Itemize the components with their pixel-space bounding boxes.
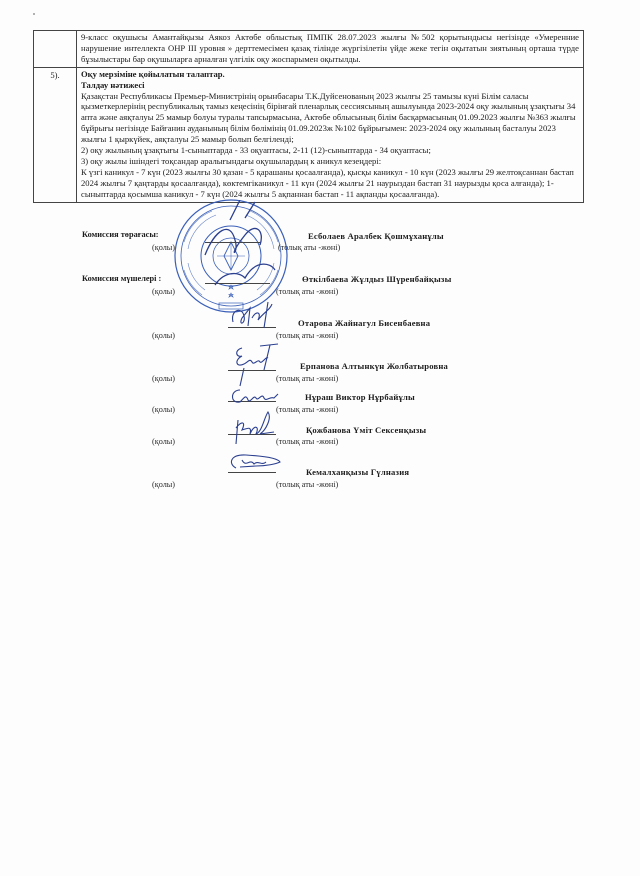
report-table: 9-класс оқушысы Амантайқызы Аякоз Актөбе…: [33, 30, 584, 203]
paragraph: 3) оқу жылы ішіндегі тоқсандар аралығынд…: [81, 156, 579, 167]
paragraph: 2) оқу жылының ұзақтығы 1-сыныптарда - 3…: [81, 145, 579, 156]
signature-icon: [230, 342, 280, 387]
member-name: Кемалханқызы Гүлназия: [306, 467, 409, 477]
member-name: Өткілбаева Жұлдыз Шүренбайқызы: [302, 274, 451, 284]
scan-speck: [33, 13, 35, 15]
signature-hint: (қолы): [152, 374, 175, 383]
section-subheading: Талдау нәтижесі: [81, 80, 579, 91]
member-name: Қожбанова Үміт Сексенқызы: [306, 425, 426, 435]
chair-name: Есболаев Аралбек Қошмұханұлы: [308, 231, 444, 241]
table-row: 9-класс оқушысы Амантайқызы Аякоз Актөбе…: [34, 31, 584, 68]
signature-hint: (қолы): [152, 480, 175, 489]
fullname-hint: (толық аты -жөні): [276, 405, 338, 414]
chair-label: Комиссия төрағасы:: [82, 230, 159, 239]
document-page: 9-класс оқушысы Амантайқызы Аякоз Актөбе…: [0, 0, 640, 876]
member-name: Ерпанова Алтынкүн Жолбатыровна: [300, 361, 448, 371]
signature-hint: (қолы): [152, 405, 175, 414]
row-content: 9-класс оқушысы Амантайқызы Аякоз Актөбе…: [77, 31, 584, 68]
fullname-hint: (толық аты -жөні): [276, 331, 338, 340]
signature-icon: [228, 384, 280, 408]
paragraph: Қазақстан Республикасы Премьер-Министрін…: [81, 91, 579, 146]
members-label: Комиссия мүшелері :: [82, 274, 161, 283]
table-row: 5). Оқу мерзіміне қойылатын талаптар. Та…: [34, 67, 584, 202]
signature-icon: [230, 410, 278, 446]
paragraph: К үзгі каникул - 7 күн (2023 жылғы 30 қа…: [81, 167, 579, 200]
signature-icon: [228, 300, 278, 330]
signature-icon: [226, 452, 282, 474]
signature-hint: (қолы): [152, 287, 175, 296]
member-name: Нұраш Виктор Нұрбайұлы: [305, 392, 415, 402]
fullname-hint: (толық аты -жөні): [276, 480, 338, 489]
signature-hint: (қолы): [152, 437, 175, 446]
row-number: [34, 31, 77, 68]
section-heading: Оқу мерзіміне қойылатын талаптар.: [81, 69, 579, 80]
signature-hint: (қолы): [152, 243, 175, 252]
paragraph: 9-класс оқушысы Амантайқызы Аякоз Актөбе…: [81, 32, 579, 65]
row-number: 5).: [34, 67, 77, 202]
row-content: Оқу мерзіміне қойылатын талаптар. Талдау…: [77, 67, 584, 202]
fullname-hint: (толық аты -жөні): [276, 437, 338, 446]
signature-hint: (қолы): [152, 331, 175, 340]
fullname-hint: (толық аты -жөні): [276, 374, 338, 383]
member-name: Отарова Жайнагул Бисенбаевна: [298, 318, 430, 328]
signature-chair-icon: [185, 200, 295, 295]
